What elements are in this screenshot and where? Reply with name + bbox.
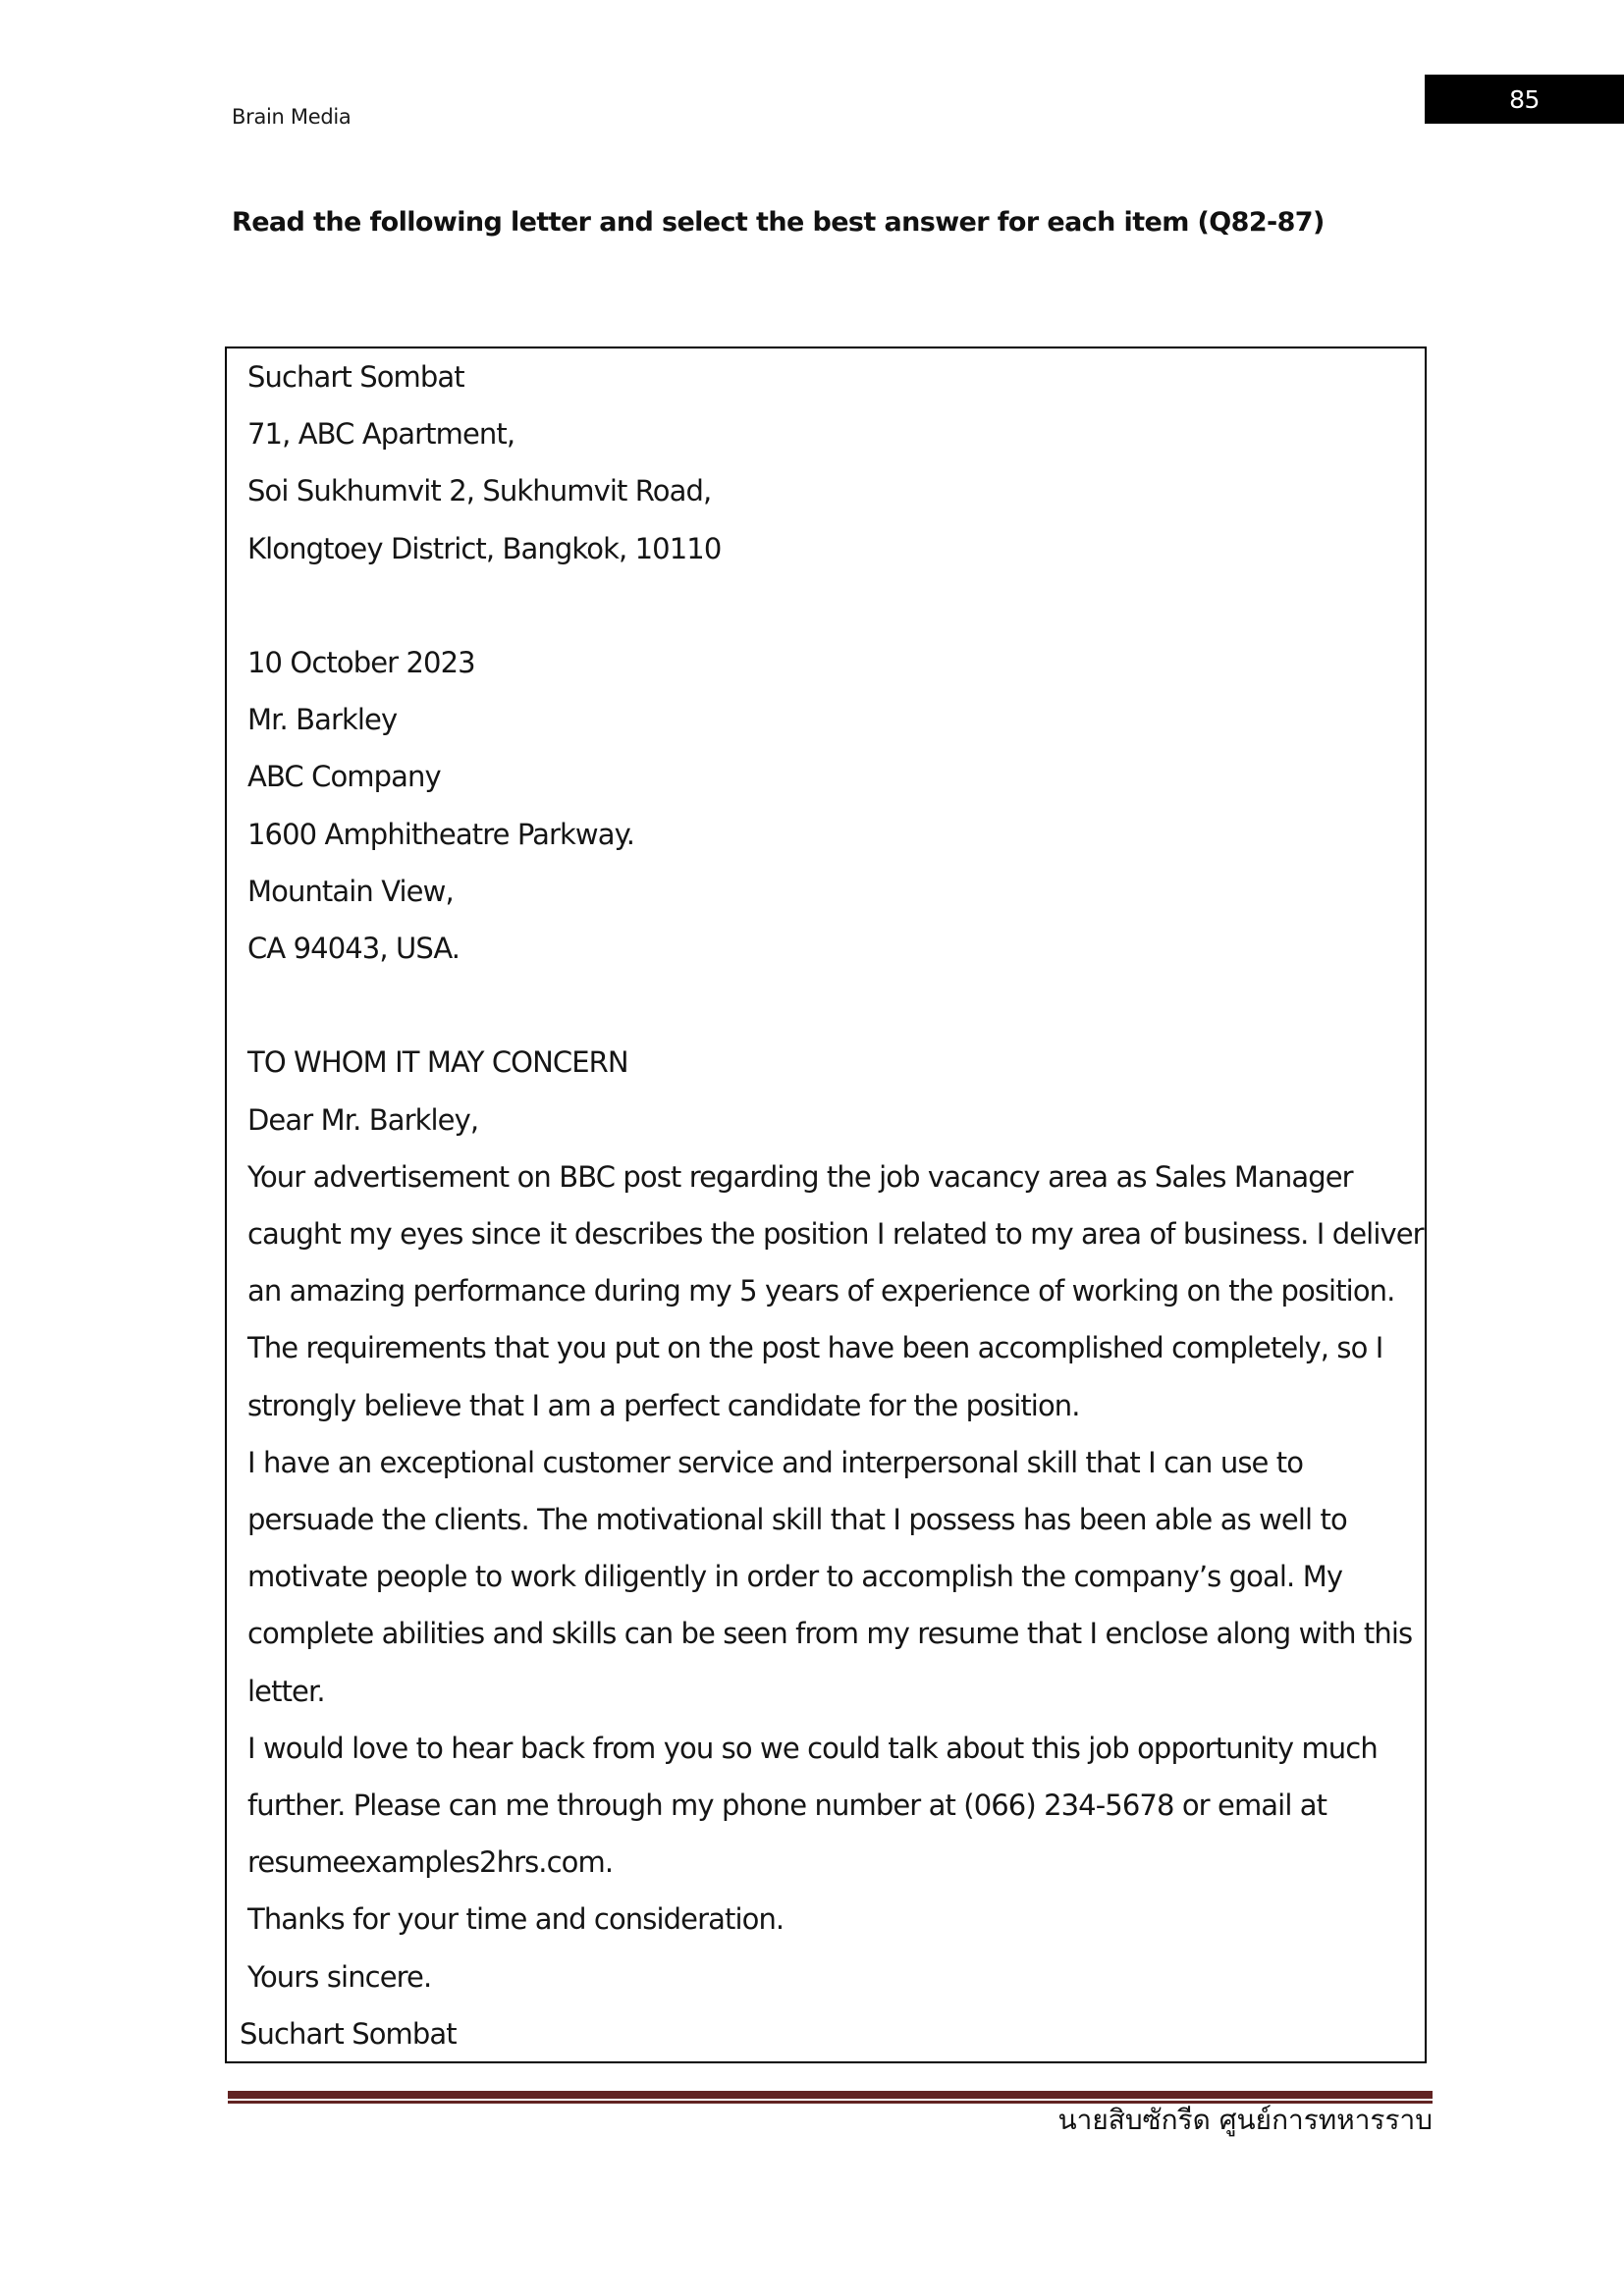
letter-line-salutation: Dear Mr. Barkley, xyxy=(247,1100,478,1140)
publisher-label: Brain Media xyxy=(232,102,352,132)
letter-line-body: I would love to hear back from you so we… xyxy=(247,1729,1378,1768)
letter-line-signature: Suchart Sombat xyxy=(240,2014,457,2054)
letter-line-recipient-address: 1600 Amphitheatre Parkway. xyxy=(247,815,634,854)
letter-line-sender-address: 71, ABC Apartment, xyxy=(247,414,514,454)
letter-line-sender-name: Suchart Sombat xyxy=(247,357,464,397)
letter-line-body: Your advertisement on BBC post regarding… xyxy=(247,1157,1353,1197)
letter-line-body: strongly believe that I am a perfect can… xyxy=(247,1386,1080,1425)
letter-line-body: letter. xyxy=(247,1672,325,1711)
letter-line-body: an amazing performance during my 5 years… xyxy=(247,1271,1394,1310)
letter-line-recipient-address: ABC Company xyxy=(247,757,441,796)
letter-line-body: persuade the clients. The motivational s… xyxy=(247,1500,1347,1539)
letter-line-body: complete abilities and skills can be see… xyxy=(247,1614,1412,1653)
letter-line-body: further. Please can me through my phone … xyxy=(247,1786,1326,1825)
letter-line-sender-address: Klongtoey District, Bangkok, 10110 xyxy=(247,529,721,568)
letter-box: Suchart Sombat71, ABC Apartment,Soi Sukh… xyxy=(225,347,1427,2063)
footer-rule-thick xyxy=(228,2091,1433,2099)
page-number-badge: 85 xyxy=(1425,75,1624,124)
letter-line-recipient-address: CA 94043, USA. xyxy=(247,929,460,968)
letter-line-recipient-address: Mountain View, xyxy=(247,872,454,911)
footer-credit: นายสิบซักรีด ศูนย์การทหารราบ xyxy=(1058,2101,1433,2140)
letter-line-closing: Yours sincere. xyxy=(247,1957,431,1997)
letter-line-body: I have an exceptional customer service a… xyxy=(247,1443,1303,1482)
letter-line-date: 10 October 2023 xyxy=(247,643,475,682)
page-number: 85 xyxy=(1509,85,1540,114)
letter-line-sender-address: Soi Sukhumvit 2, Sukhumvit Road, xyxy=(247,471,711,510)
letter-line-body: The requirements that you put on the pos… xyxy=(247,1328,1382,1367)
letter-line-body: resumeexamples2hrs.com. xyxy=(247,1842,613,1882)
letter-line-attention-line: TO WHOM IT MAY CONCERN xyxy=(247,1042,628,1082)
letter-line-body: caught my eyes since it describes the po… xyxy=(247,1214,1424,1254)
letter-line-body: motivate people to work diligently in or… xyxy=(247,1557,1342,1596)
question-instruction: Read the following letter and select the… xyxy=(232,203,1325,242)
letter-line-recipient-name: Mr. Barkley xyxy=(247,700,397,739)
letter-line-closing: Thanks for your time and consideration. xyxy=(247,1899,784,1939)
